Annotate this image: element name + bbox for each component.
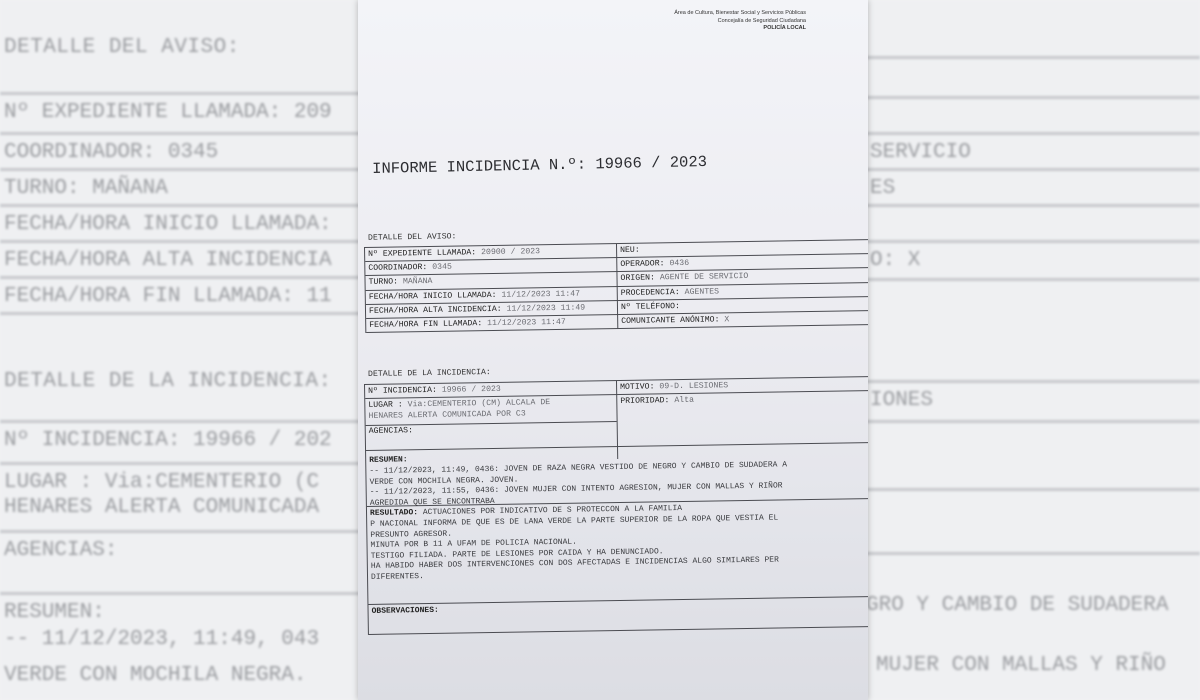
field-label: FECHA/HORA ALTA INCIDENCIA: <box>369 305 502 316</box>
bg-row <box>866 56 1200 91</box>
bg-row-resumen <box>866 552 1200 700</box>
field-label: TURNO: <box>368 278 398 287</box>
field-label: COORDINADOR: <box>368 263 427 273</box>
field-label: PRIORIDAD: <box>620 396 669 406</box>
field-label: NEU: <box>620 246 640 255</box>
bg-row: O: X <box>866 240 1200 275</box>
field-label: RESULTADO: <box>370 509 418 519</box>
field-label: Nº EXPEDIENTE LLAMADA: <box>368 248 476 259</box>
bg-row: FECHA/HORA INICIO LLAMADA: <box>0 204 360 239</box>
field-label: FECHA/HORA INICIO LLAMADA: <box>369 290 497 301</box>
field-label: MOTIVO: <box>620 382 655 392</box>
bg-row <box>866 420 1200 490</box>
field-label: COMUNICANTE ANÓNIMO: <box>621 315 719 326</box>
field-value: AGENTES <box>685 287 720 297</box>
bg-row <box>866 96 1200 131</box>
bg-row: FECHA/HORA ALTA INCIDENCIA <box>0 240 360 275</box>
field-label: PROCEDENCIA: <box>621 288 680 298</box>
field-value: 20900 / 2023 <box>481 247 540 257</box>
field-value: 09-D. LESIONES <box>659 381 728 391</box>
field-label: OPERADOR: <box>620 259 664 269</box>
field-value: Alta <box>674 396 694 405</box>
field-label: LUGAR : <box>368 400 403 410</box>
incidencia-table: Nº INCIDENCIA: 19966 / 2023 MOTIVO: 09-D… <box>364 376 868 636</box>
field-value: 11/12/2023 11:47 <box>487 318 566 328</box>
field-label: ORIGEN: <box>620 274 655 284</box>
field-value: 0345 <box>432 263 452 272</box>
resumen-block: RESUMEN: -- 11/12/2023, 11:49, 0436: JOV… <box>366 443 868 507</box>
field-value: 11/12/2023 11:47 <box>501 289 580 299</box>
field-value: 0436 <box>669 259 689 268</box>
bg-lugar-line2: HENARES ALERTA COMUNICADA <box>4 496 319 519</box>
field-value: X <box>724 315 729 324</box>
field-label: FECHA/HORA FIN LLAMADA: <box>369 319 482 330</box>
aviso-table: Nº EXPEDIENTE LLAMADA: 20900 / 2023 NEU:… <box>364 239 868 333</box>
incident-report-document: Área de Cultura, Bienestar Social y Serv… <box>358 0 868 700</box>
background-left-panel: DETALLE DEL AVISO: Nº EXPEDIENTE LLAMADA… <box>0 0 360 700</box>
background-right-panel: SERVICIO ES O: X IONES GRO Y CAMBIO DE S… <box>866 0 1200 700</box>
field-label: Nº TELÉFONO: <box>621 302 680 312</box>
field-value: AGENTE DE SERVICIO <box>660 272 749 282</box>
bg-row: Nº INCIDENCIA: 19966 / 202 <box>0 420 360 455</box>
bg-row-agencias: AGENCIAS: <box>0 530 360 596</box>
section-heading-aviso: DETALLE DEL AVISO: <box>368 232 457 242</box>
bg-row-end <box>866 278 1200 282</box>
bg-row: COORDINADOR: 0345 <box>0 132 360 167</box>
report-title: INFORME INCIDENCIA N.º: 19966 / 2023 <box>372 153 707 178</box>
resultado-block: RESULTADO: ACTUACIONES POR INDICATIVO DE… <box>367 499 868 605</box>
field-label: Nº INCIDENCIA: <box>368 386 437 396</box>
field-value: HENARES ALERTA COMUNICADA POR C3 <box>368 409 525 420</box>
bg-resumen-line1: GRO Y CAMBIO DE SUDADERA <box>866 594 1168 617</box>
field-value: 19966 / 2023 <box>442 385 501 395</box>
bg-resumen-line2: MUJER CON MALLAS Y RIÑO <box>876 654 1166 677</box>
bg-resumen-line2: VERDE CON MOCHILA NEGRA. <box>4 664 306 687</box>
letterhead: Área de Cultura, Bienestar Social y Serv… <box>674 10 806 33</box>
field-value: Via:CEMENTERIO (CM) ALCALA DE <box>408 398 551 409</box>
letterhead-line1: Área de Cultura, Bienestar Social y Serv… <box>674 10 806 18</box>
field-value: 11/12/2023 11:49 <box>507 303 586 313</box>
section-heading-incidencia: DETALLE DE LA INCIDENCIA: <box>368 368 491 379</box>
bg-row: TURNO: MAÑANA <box>0 168 360 203</box>
field-label: AGENCIAS: <box>369 427 413 437</box>
bg-heading-aviso: DETALLE DEL AVISO: <box>4 36 240 59</box>
field-value: MAÑANA <box>403 277 433 286</box>
bg-row: ES <box>866 168 1200 203</box>
bg-heading-incidencia: DETALLE DE LA INCIDENCIA: <box>4 370 332 393</box>
bg-row <box>866 204 1200 239</box>
letterhead-line2: Concejalía de Seguridad Ciudadana <box>674 18 806 26</box>
letterhead-line3: POLICÍA LOCAL <box>674 25 806 33</box>
bg-row: IONES <box>866 380 1200 415</box>
bg-row <box>866 488 1200 548</box>
bg-resumen-line1: -- 11/12/2023, 11:49, 043 <box>4 628 319 651</box>
bg-row-end <box>0 312 360 318</box>
bg-row: Nº EXPEDIENTE LLAMADA: 209 <box>0 92 360 127</box>
bg-row: SERVICIO <box>866 132 1200 167</box>
bg-row: FECHA/HORA FIN LLAMADA: 11 <box>0 276 360 311</box>
